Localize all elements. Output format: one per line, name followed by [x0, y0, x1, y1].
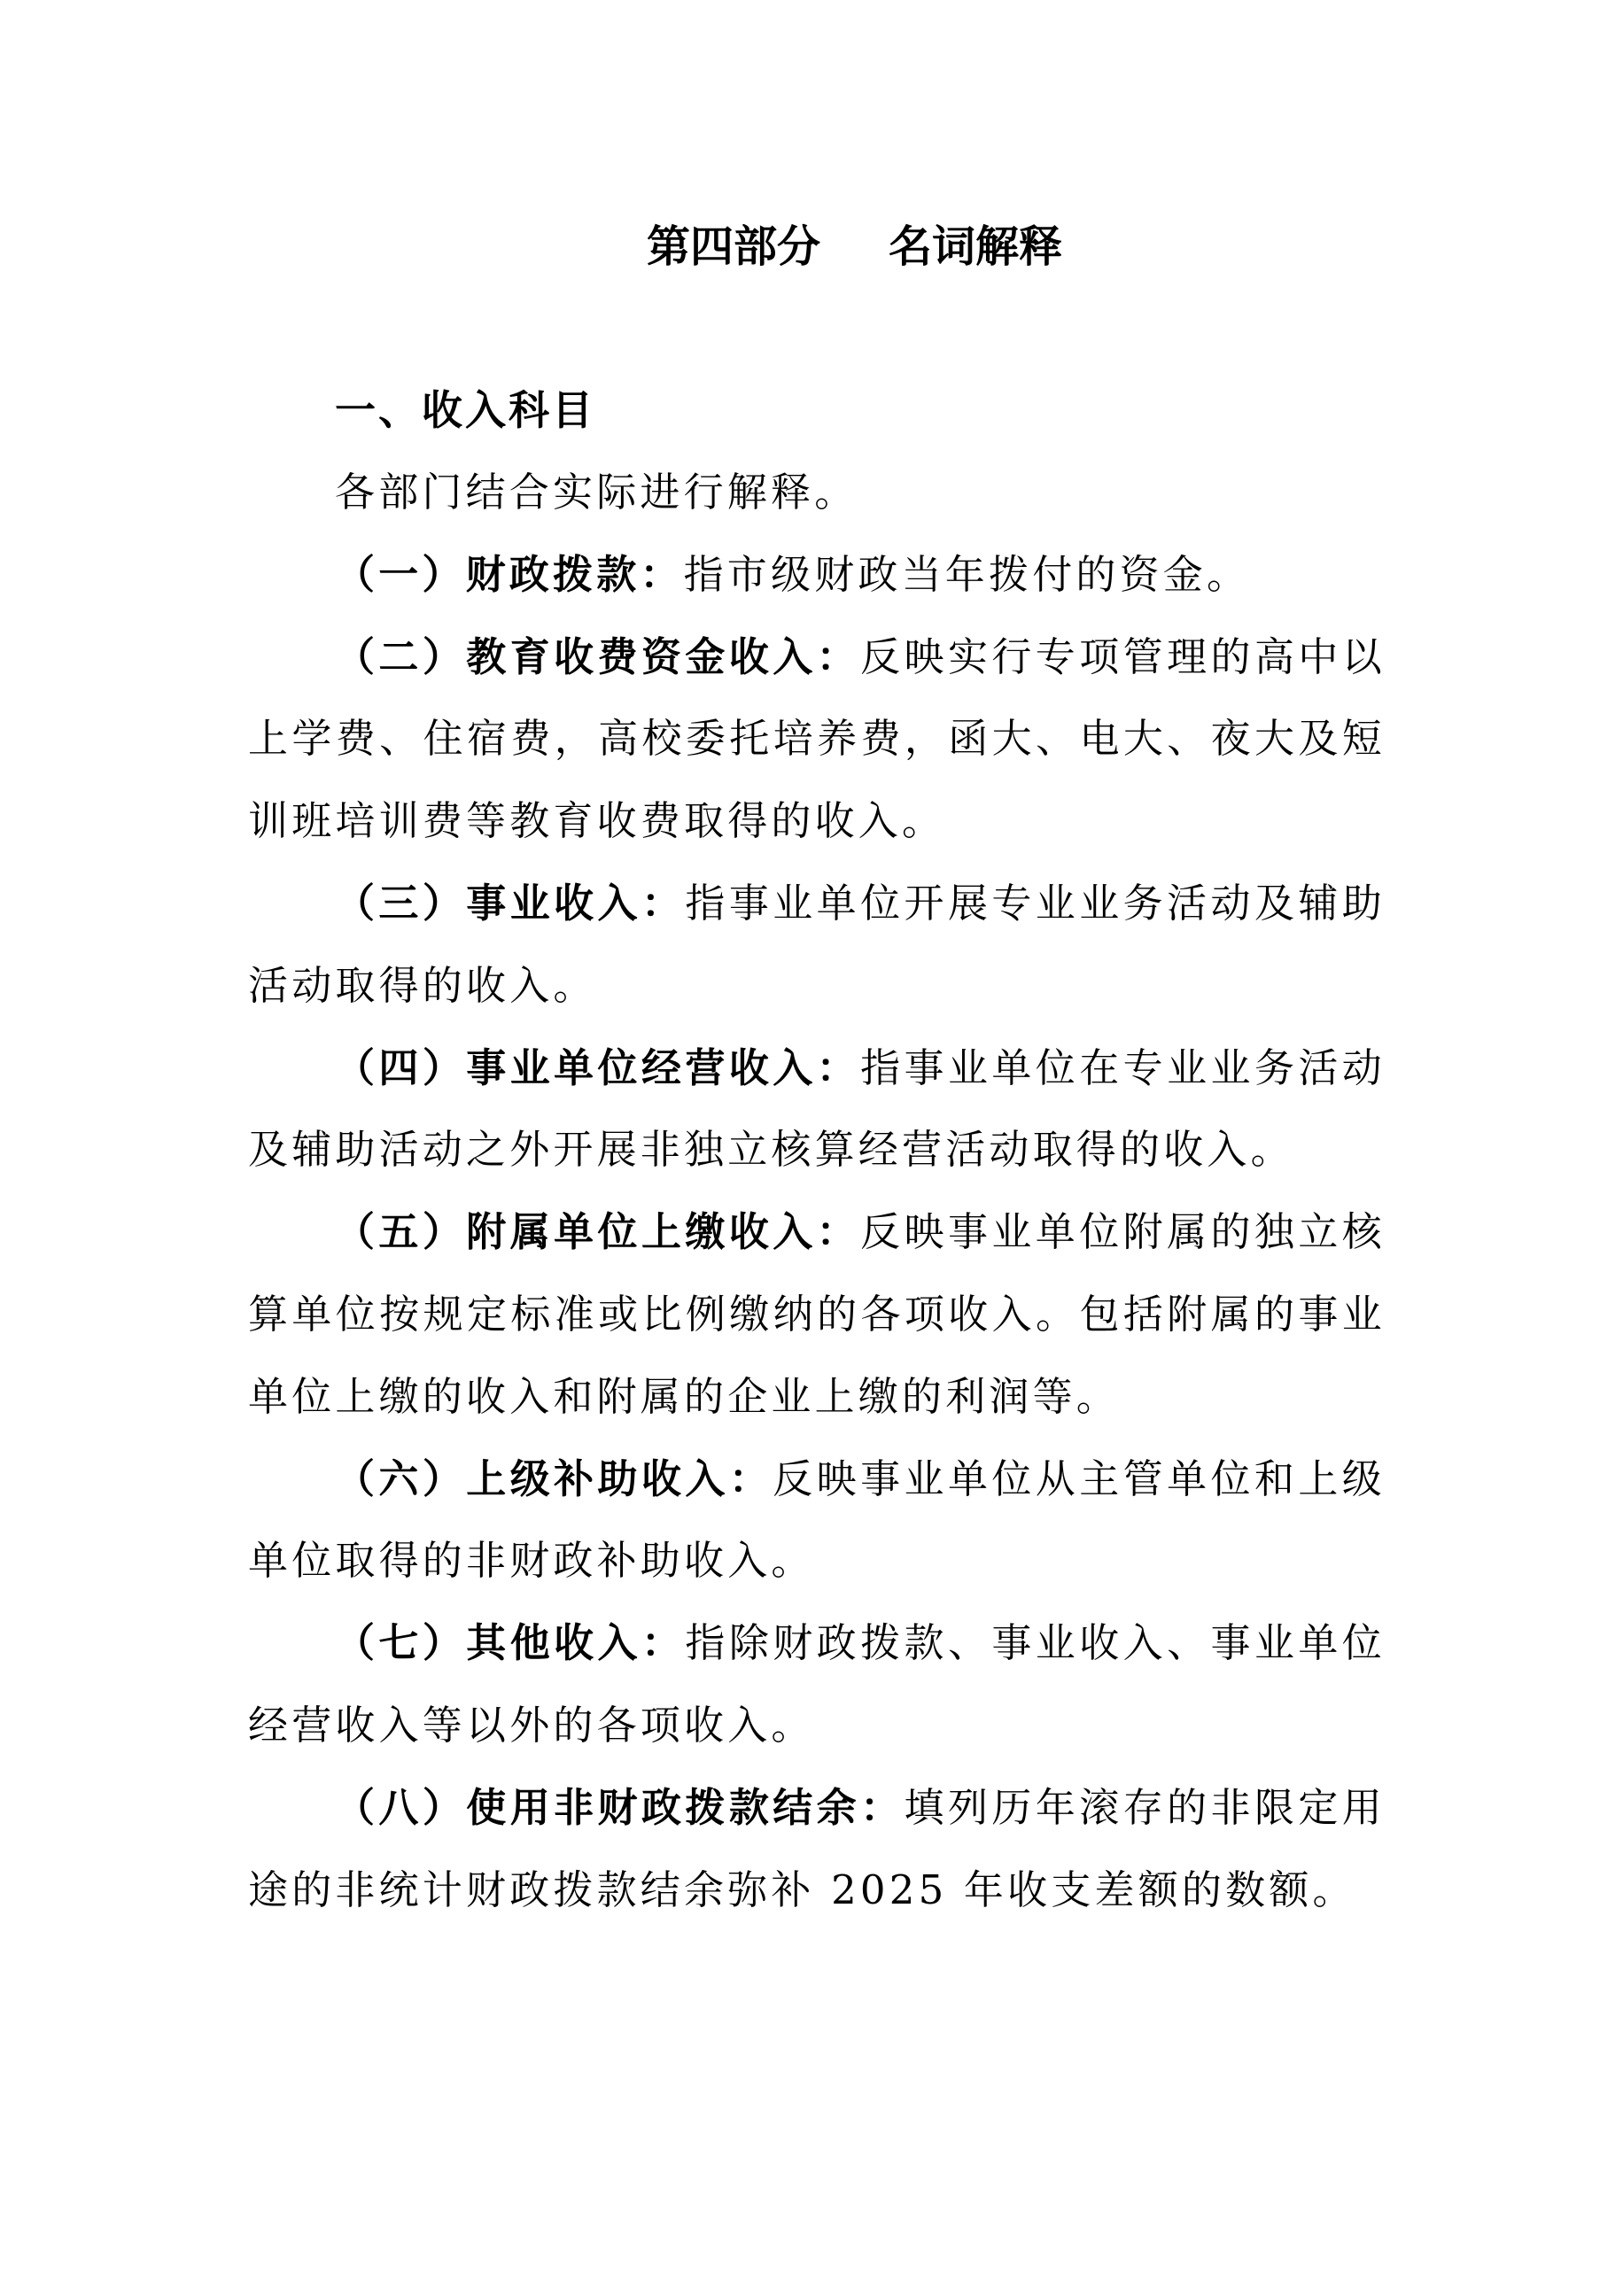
definition-operating-income: （四）事业单位经营收入：指事业单位在专业业务活动及辅助活动之外开展非独立核算经营…: [248, 1028, 1386, 1192]
definition-term: （三）事业收入：: [335, 880, 685, 927]
page-title: 第四部分名词解释: [647, 206, 1062, 288]
definition-other-income: （七）其他收入：指除财政拨款、事业收入、事业单位经营收入等以外的各项收入。: [248, 1602, 1386, 1767]
definition-term: （七）其他收入：: [335, 1619, 685, 1666]
title-part: 第四部分: [647, 221, 820, 272]
document-page: 第四部分名词解释 一、收入科目 各部门结合实际进行解释。 （一）财政拨款：指市级…: [0, 0, 1623, 2296]
document-body: 一、收入科目 各部门结合实际进行解释。 （一）财政拨款：指市级财政当年拨付的资金…: [248, 369, 1386, 1931]
definition-term: （一）财政拨款：: [335, 551, 684, 598]
section-intro: 各部门结合实际进行解释。: [248, 452, 1386, 534]
definition-term: （五）附属单位上缴收入：: [335, 1208, 860, 1255]
definition-superior-subsidy-income: （六）上级补助收入：反映事业单位从主管单位和上级单位取得的非财政补助收入。: [248, 1439, 1386, 1603]
definition-term: （八）使用非财政拨款结余：: [335, 1784, 905, 1831]
definition-term: （二）教育收费资金收入：: [335, 633, 860, 680]
title-name: 名词解释: [889, 221, 1062, 272]
definition-term: （六）上级补助收入：: [335, 1455, 773, 1502]
section-heading-income-items: 一、收入科目: [248, 369, 1386, 452]
definition-text: 指市级财政当年拨付的资金。: [684, 551, 1251, 598]
definition-education-fee-income: （二）教育收费资金收入：反映实行专项管理的高中以上学费、住宿费，高校委托培养费，…: [248, 617, 1386, 863]
definition-fiscal-appropriation: （一）财政拨款：指市级财政当年拨付的资金。: [248, 534, 1386, 617]
definition-affiliated-remittance-income: （五）附属单位上缴收入：反映事业单位附属的独立核算单位按规定标准或比例缴纳的各项…: [248, 1191, 1386, 1438]
definition-non-fiscal-balance-use: （八）使用非财政拨款结余：填列历年滚存的非限定用途的非统计财政拨款结余弥补 20…: [248, 1767, 1386, 1932]
definition-business-income: （三）事业收入：指事业单位开展专业业务活动及辅助活动取得的收入。: [248, 863, 1386, 1028]
definition-term: （四）事业单位经营收入：: [335, 1044, 860, 1091]
